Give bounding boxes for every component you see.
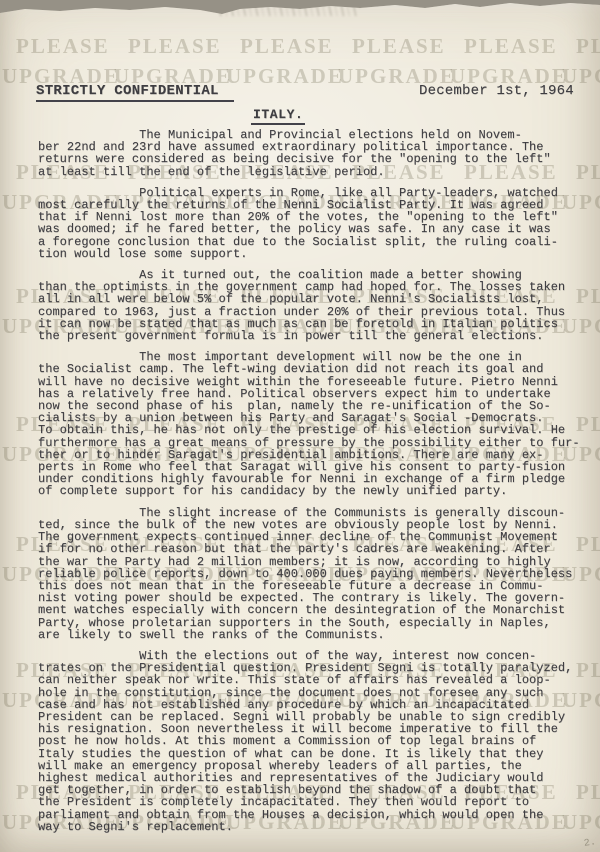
document-date: December 1st, 1964 bbox=[419, 83, 574, 99]
paragraph-elections-importance: The Municipal and Provincial elections h… bbox=[38, 129, 594, 178]
classification-label: STRICTLY CONFIDENTIAL bbox=[36, 83, 234, 102]
watermark-text: PLEASE bbox=[240, 34, 334, 59]
paragraph-presidential-question: With the elections out of the way, inter… bbox=[38, 650, 594, 833]
watermark-text: PLEASE bbox=[576, 34, 600, 59]
watermark-text: PLEASE bbox=[16, 34, 110, 59]
paragraph-communists: The slight increase of the Communists is… bbox=[38, 507, 594, 641]
watermark-text: PLEASE bbox=[464, 34, 558, 59]
watermark-text: PLEASE bbox=[352, 34, 446, 59]
pencil-smudge-mark bbox=[215, 4, 360, 16]
paragraph-coalition-results: As it turned out, the coalition made a b… bbox=[38, 269, 594, 342]
watermark-text: UPGRADE bbox=[226, 64, 344, 89]
watermark-text: PLEASE bbox=[128, 34, 222, 59]
page-number-pencil-mark: 2. bbox=[583, 837, 596, 850]
paragraph-political-experts: Political experts in Rome, like all Part… bbox=[38, 187, 594, 260]
document-body: The Municipal and Provincial elections h… bbox=[38, 129, 594, 842]
document-page: PLEASEPLEASEPLEASEPLEASEPLEASEPLEASEUPGR… bbox=[0, 0, 600, 852]
document-title: ITALY. bbox=[251, 107, 305, 125]
paragraph-socialist-camp: The most important development will now … bbox=[38, 351, 594, 497]
